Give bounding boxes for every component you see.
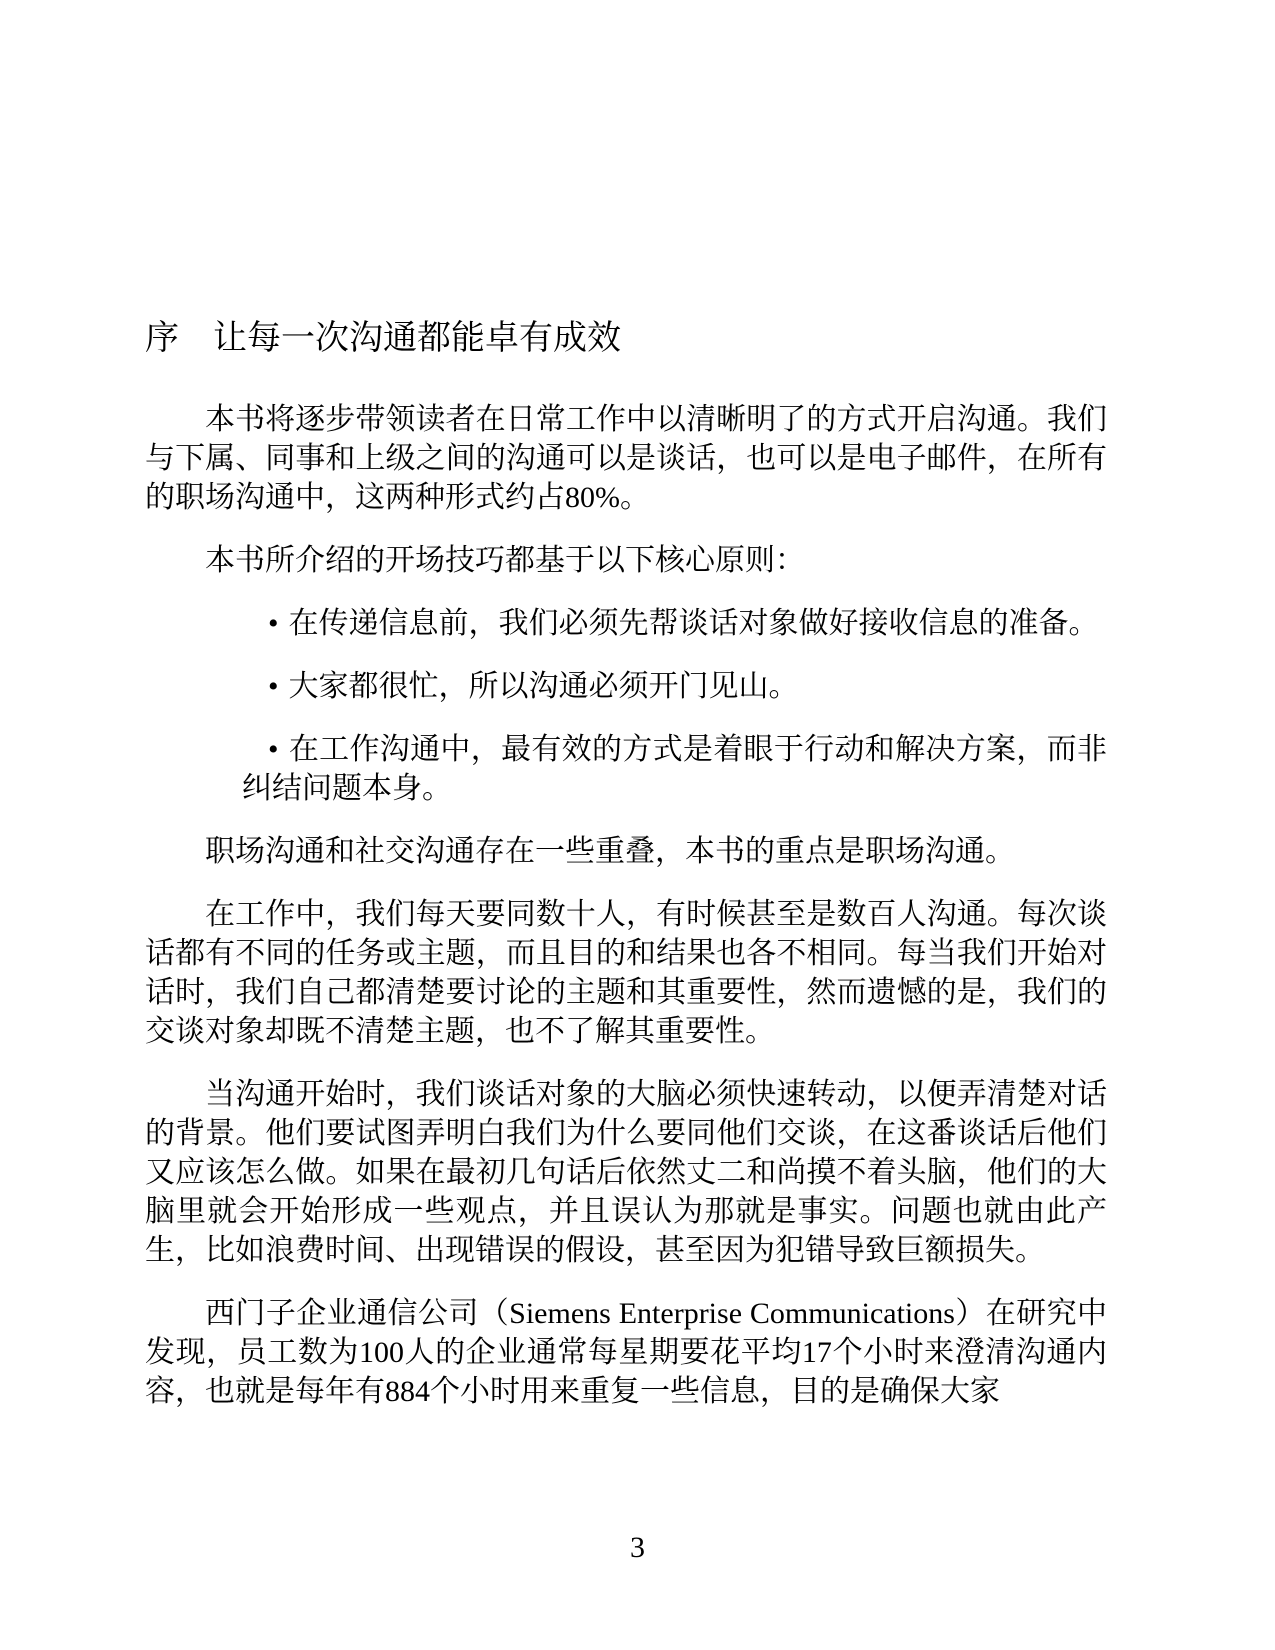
book-page: 序 让每一次沟通都能卓有成效 本书将逐步带领读者在日常工作中以清晰明了的方式开启…: [0, 0, 1275, 1650]
chapter-heading: 序 让每一次沟通都能卓有成效: [145, 318, 1107, 360]
bullet-icon: •: [268, 607, 279, 640]
page-number: 3: [0, 1528, 1275, 1567]
principles-bullet-list: •在传递信息前，我们必须先帮谈话对象做好接收信息的准备。 •大家都很忙，所以沟通…: [145, 604, 1107, 808]
bullet-text: 在工作沟通中，最有效的方式是着眼于行动和解决方案，而非纠结问题本身。: [242, 733, 1107, 805]
paragraph-listener-brain: 当沟通开始时，我们谈话对象的大脑必须快速转动，以便弄清楚对话的背景。他们要试图弄…: [145, 1075, 1107, 1270]
paragraph-principles-intro: 本书所介绍的开场技巧都基于以下核心原则：: [145, 541, 1107, 580]
bullet-text: 在传递信息前，我们必须先帮谈话对象做好接收信息的准备。: [289, 607, 1099, 640]
bullet-item: •大家都很忙，所以沟通必须开门见山。: [242, 667, 1107, 706]
bullet-icon: •: [268, 670, 279, 703]
bullet-icon: •: [268, 733, 279, 766]
paragraph-siemens-study: 西门子企业通信公司（Siemens Enterprise Communicati…: [145, 1294, 1107, 1411]
bullet-text: 大家都很忙，所以沟通必须开门见山。: [289, 670, 799, 703]
page-content: 序 让每一次沟通都能卓有成效 本书将逐步带领读者在日常工作中以清晰明了的方式开启…: [145, 318, 1107, 1435]
bullet-item: •在传递信息前，我们必须先帮谈话对象做好接收信息的准备。: [242, 604, 1107, 643]
bullet-item: •在工作沟通中，最有效的方式是着眼于行动和解决方案，而非纠结问题本身。: [242, 730, 1107, 808]
paragraph-opening: 本书将逐步带领读者在日常工作中以清晰明了的方式开启沟通。我们与下属、同事和上级之…: [145, 400, 1107, 517]
paragraph-scope: 职场沟通和社交沟通存在一些重叠，本书的重点是职场沟通。: [145, 832, 1107, 871]
paragraph-daily-communication: 在工作中，我们每天要同数十人，有时候甚至是数百人沟通。每次谈话都有不同的任务或主…: [145, 895, 1107, 1051]
